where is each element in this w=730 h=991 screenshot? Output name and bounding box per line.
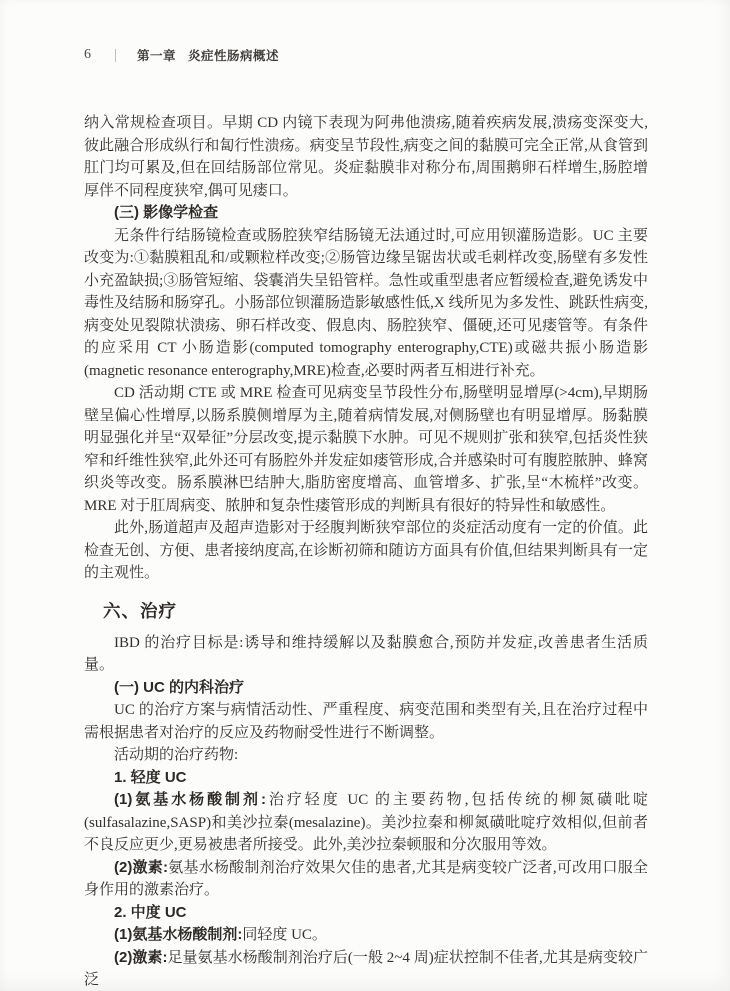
chapter-title: 炎症性肠病概述	[188, 46, 279, 64]
chapter-label: 第一章	[137, 46, 176, 64]
subsection-heading-uc-medical: (一) UC 的内科治疗	[84, 677, 648, 700]
drug-class-text: 同轻度 UC。	[242, 927, 327, 943]
paragraph-asa-moderate-uc: (1)氨基水杨酸制剂:同轻度 UC。	[84, 924, 648, 947]
page-number: 6	[84, 47, 91, 63]
drug-class-label: (1)氨基水杨酸制剂:	[114, 926, 242, 943]
header-divider	[115, 49, 116, 62]
paragraph-cte-mre: CD 活动期 CTE 或 MRE 检查可见病变呈节段性分布,肠壁明显增厚(>4c…	[84, 382, 648, 517]
chapter-heading: 第一章 炎症性肠病概述	[137, 46, 279, 64]
paragraph-barium-imaging: 无条件行结肠镜检查或肠腔狭窄结肠镜无法通过时,可应用钡灌肠造影。UC 主要改变为…	[84, 225, 648, 383]
running-head: 6 第一章 炎症性肠病概述	[84, 46, 648, 64]
paragraph-endoscopy-continued: 纳入常规检查项目。早期 CD 内镜下表现为阿弗他溃疡,随着疾病发展,溃疡变深变大…	[84, 112, 648, 202]
paragraph-treatment-goal: IBD 的治疗目标是:诱导和维持缓解以及黏膜愈合,预防并发症,改善患者生活质量。	[84, 632, 648, 677]
paragraph-steroid-moderate-uc: (2)激素:足量氨基水杨酸制剂治疗后(一般 2~4 周)症状控制不佳者,尤其是病…	[84, 947, 648, 991]
page-body: 纳入常规检查项目。早期 CD 内镜下表现为阿弗他溃疡,随着疾病发展,溃疡变深变大…	[84, 112, 648, 991]
drug-class-text: 足量氨基水杨酸制剂治疗后(一般 2~4 周)症状控制不佳者,尤其是病变较广泛	[84, 950, 648, 989]
item-heading-moderate-uc: 2. 中度 UC	[84, 902, 648, 925]
paragraph-steroid-mild-uc: (2)激素:氨基水杨酸制剂治疗效果欠佳的患者,尤其是病变较广泛者,可改用口服全身…	[84, 857, 648, 902]
item-heading-mild-uc: 1. 轻度 UC	[84, 767, 648, 790]
drug-class-text: 氨基水杨酸制剂治疗效果欠佳的患者,尤其是病变较广泛者,可改用口服全身作用的激素治…	[84, 860, 648, 899]
paragraph-asa-mild-uc: (1)氨基水杨酸制剂:治疗轻度 UC 的主要药物,包括传统的柳氮磺吡啶(sulf…	[84, 789, 648, 857]
section-heading-treatment: 六、治疗	[84, 599, 648, 623]
book-page: 6 第一章 炎症性肠病概述 纳入常规检查项目。早期 CD 内镜下表现为阿弗他溃疡…	[0, 0, 730, 991]
paragraph-ultrasound: 此外,肠道超声及超声造影对于经腹判断狭窄部位的炎症活动度有一定的价值。此检查无创…	[84, 517, 648, 585]
drug-class-label: (2)激素:	[114, 949, 167, 966]
subsection-heading-imaging: (三) 影像学检查	[84, 202, 648, 225]
paragraph-uc-regimen: UC 的治疗方案与病情活动性、严重程度、病变范围和类型有关,且在治疗过程中需根据…	[84, 699, 648, 744]
paragraph-active-phase-drugs: 活动期的治疗药物:	[84, 744, 648, 767]
drug-class-label: (1)氨基水杨酸制剂:	[114, 791, 266, 808]
drug-class-label: (2)激素:	[114, 859, 168, 876]
